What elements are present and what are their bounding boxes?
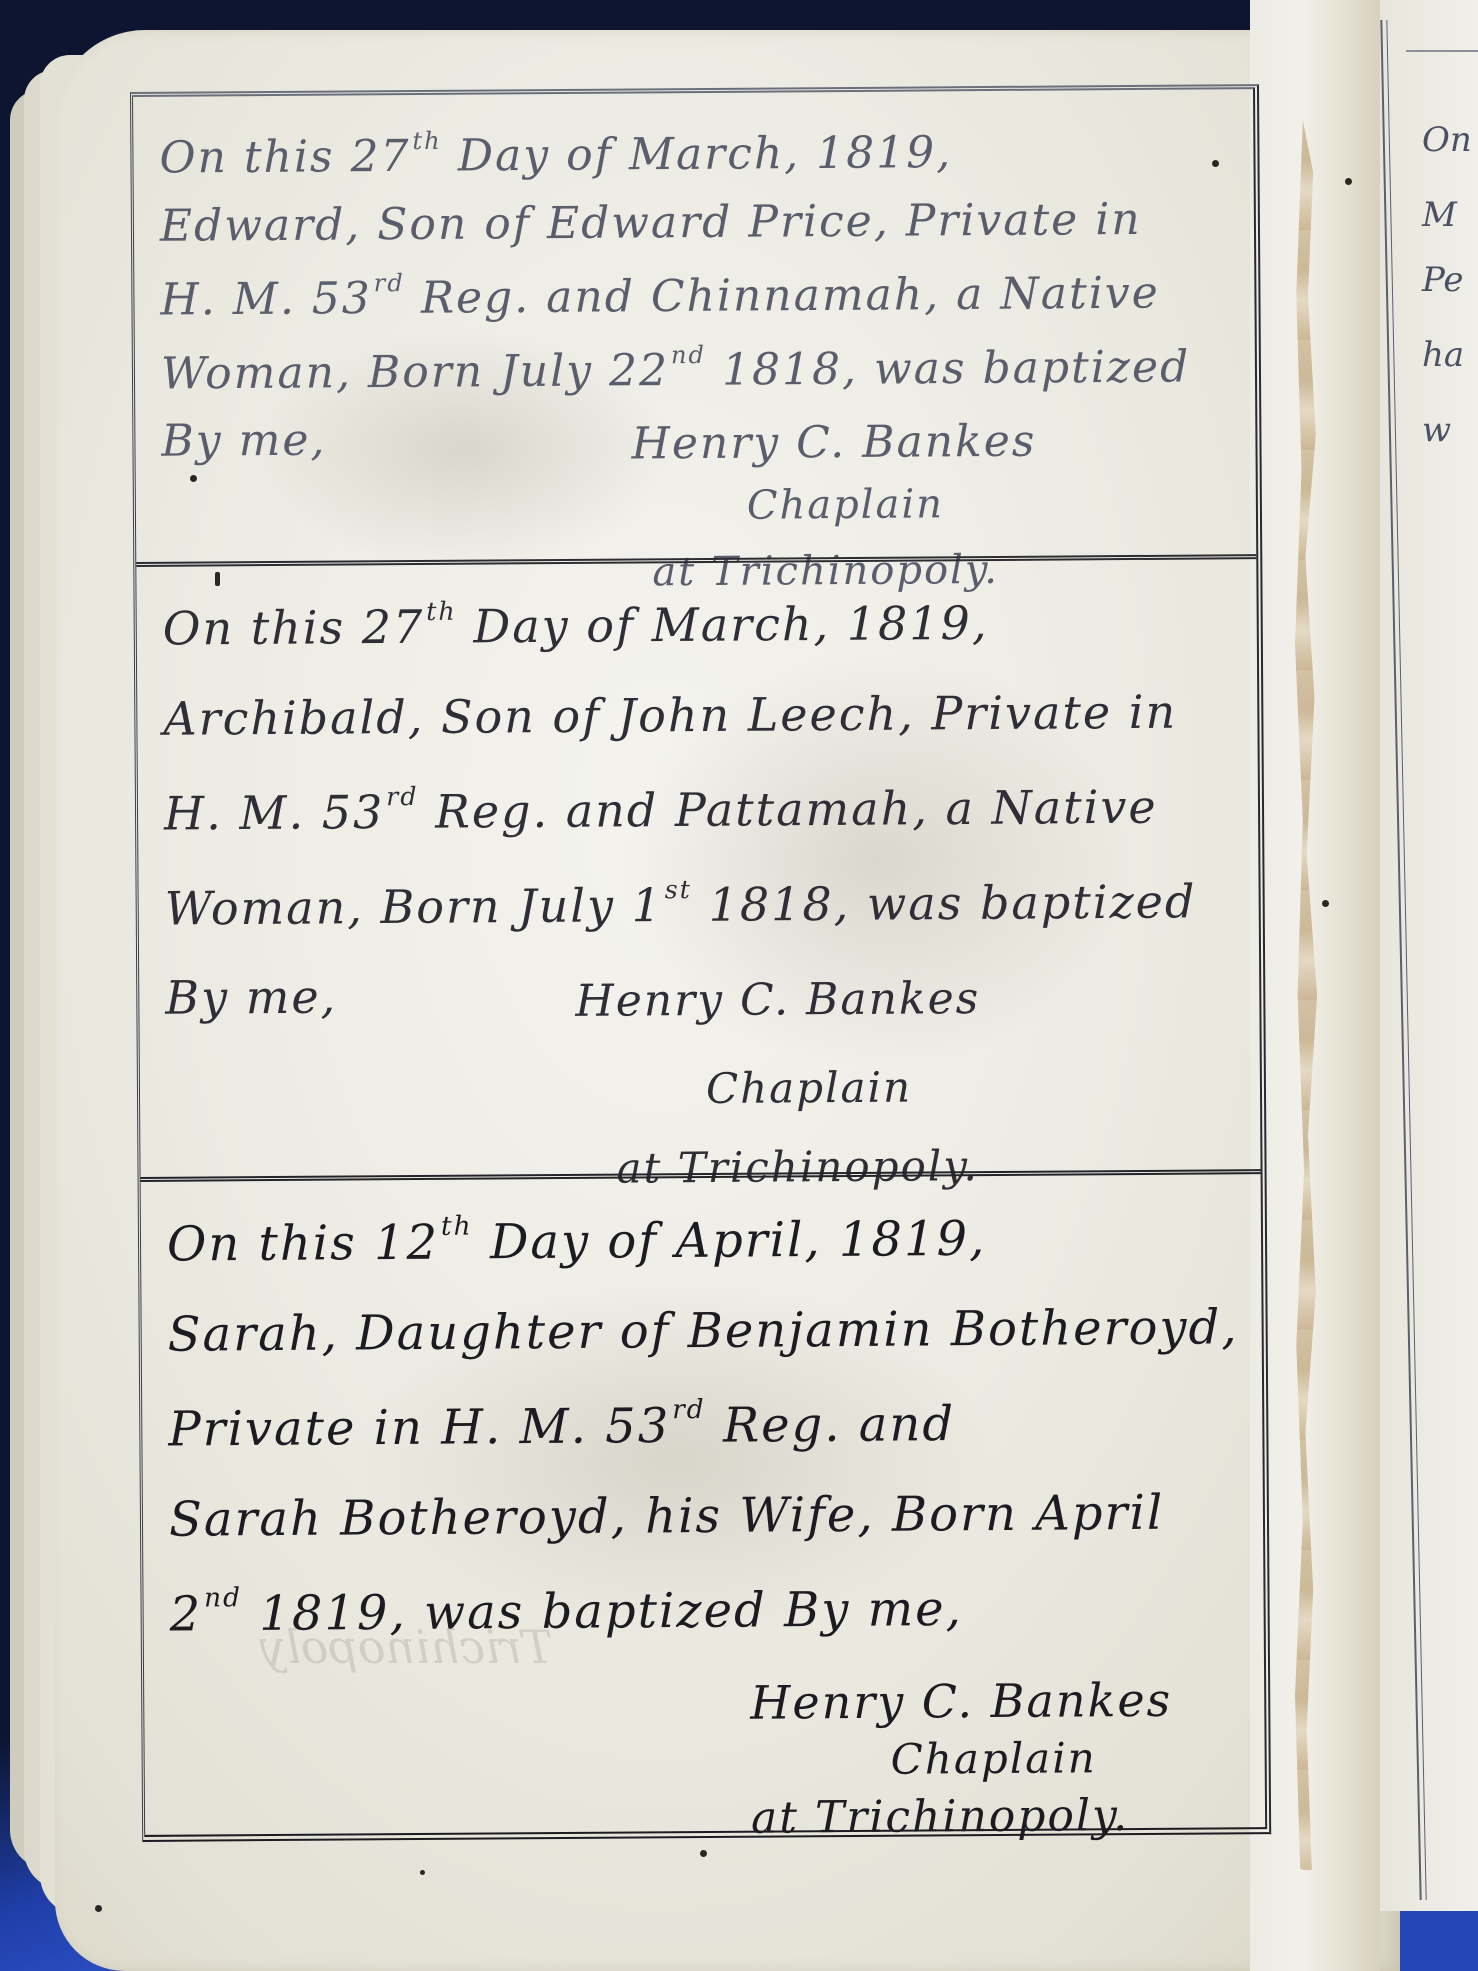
baptism-entry-1: On this 27th Day of March, 1819, Edward,… [133,89,1256,562]
signature-title: Chaplain [747,480,1232,529]
entry-line: On this 27th Day of March, 1819, [159,123,1229,180]
chaplain-signature: Henry C. Bankes Chaplain at Trichinopoly… [170,1673,1241,1848]
register-frame: On this 27th Day of March, 1819, Edward,… [130,84,1271,1842]
entry-line: On this 27th Day of March, 1819, [163,593,1233,651]
entry-line: Edward, Son of Edward Price, Private in [160,197,1230,248]
signature-title: Chaplain [706,1061,1236,1114]
ink-speck [420,1870,425,1875]
signature-place: at Trichinopoly. [751,1790,1241,1844]
signature-name: Henry C. Bankes [631,415,1231,470]
signature-name: Henry C. Bankes [750,1673,1240,1730]
facing-page-fragment: M [1422,195,1457,235]
entry-line: On this 12th Day of April, 1819, [167,1208,1237,1268]
baptism-entry-3: On this 12th Day of April, 1819, Sarah, … [141,1169,1266,1832]
signature-name: Henry C. Bankes [575,972,1235,1028]
facing-page: On M Pe ha w [1380,0,1478,1911]
entry-line: Private in H. M. 53rd Reg. and [168,1393,1238,1453]
entry-line: Woman, Born July 1st 1818, was baptized [165,873,1235,931]
facing-page-fragment: w [1422,410,1451,450]
entry-line: H. M. 53rd Reg. and Chinnamah, a Native [160,265,1230,322]
ink-speck [1322,900,1329,907]
baptism-entry-2: On this 27th Day of March, 1819, Archiba… [136,554,1260,1177]
entry-line: Sarah Botheroyd, his Wife, Born April [169,1488,1239,1543]
facing-page-fragment: Pe [1422,260,1463,300]
facing-page-top-rule [1406,50,1478,55]
entry-line: Archibald, Son of John Leech, Private in [163,688,1233,741]
entry-line: 2nd 1819, was baptized By me, [169,1578,1239,1638]
signature-title: Chaplain [890,1733,1240,1784]
ink-speck [95,1905,102,1912]
chaplain-signature: Henry C. Bankes Chaplain at Trichinopoly… [165,972,1236,1196]
ink-speck [1345,178,1352,185]
entry-line: H. M. 53rd Reg. and Pattamah, a Native [164,778,1234,836]
facing-page-fragment: On [1422,120,1472,160]
facing-page-fragment: ha [1422,335,1464,375]
entry-line: Sarah, Daughter of Benjamin Botheroyd, [168,1303,1238,1358]
facing-page-border [1380,20,1426,1900]
entry-line: Woman, Born July 22nd 1818, was baptized [161,339,1231,396]
ink-speck [700,1850,707,1857]
